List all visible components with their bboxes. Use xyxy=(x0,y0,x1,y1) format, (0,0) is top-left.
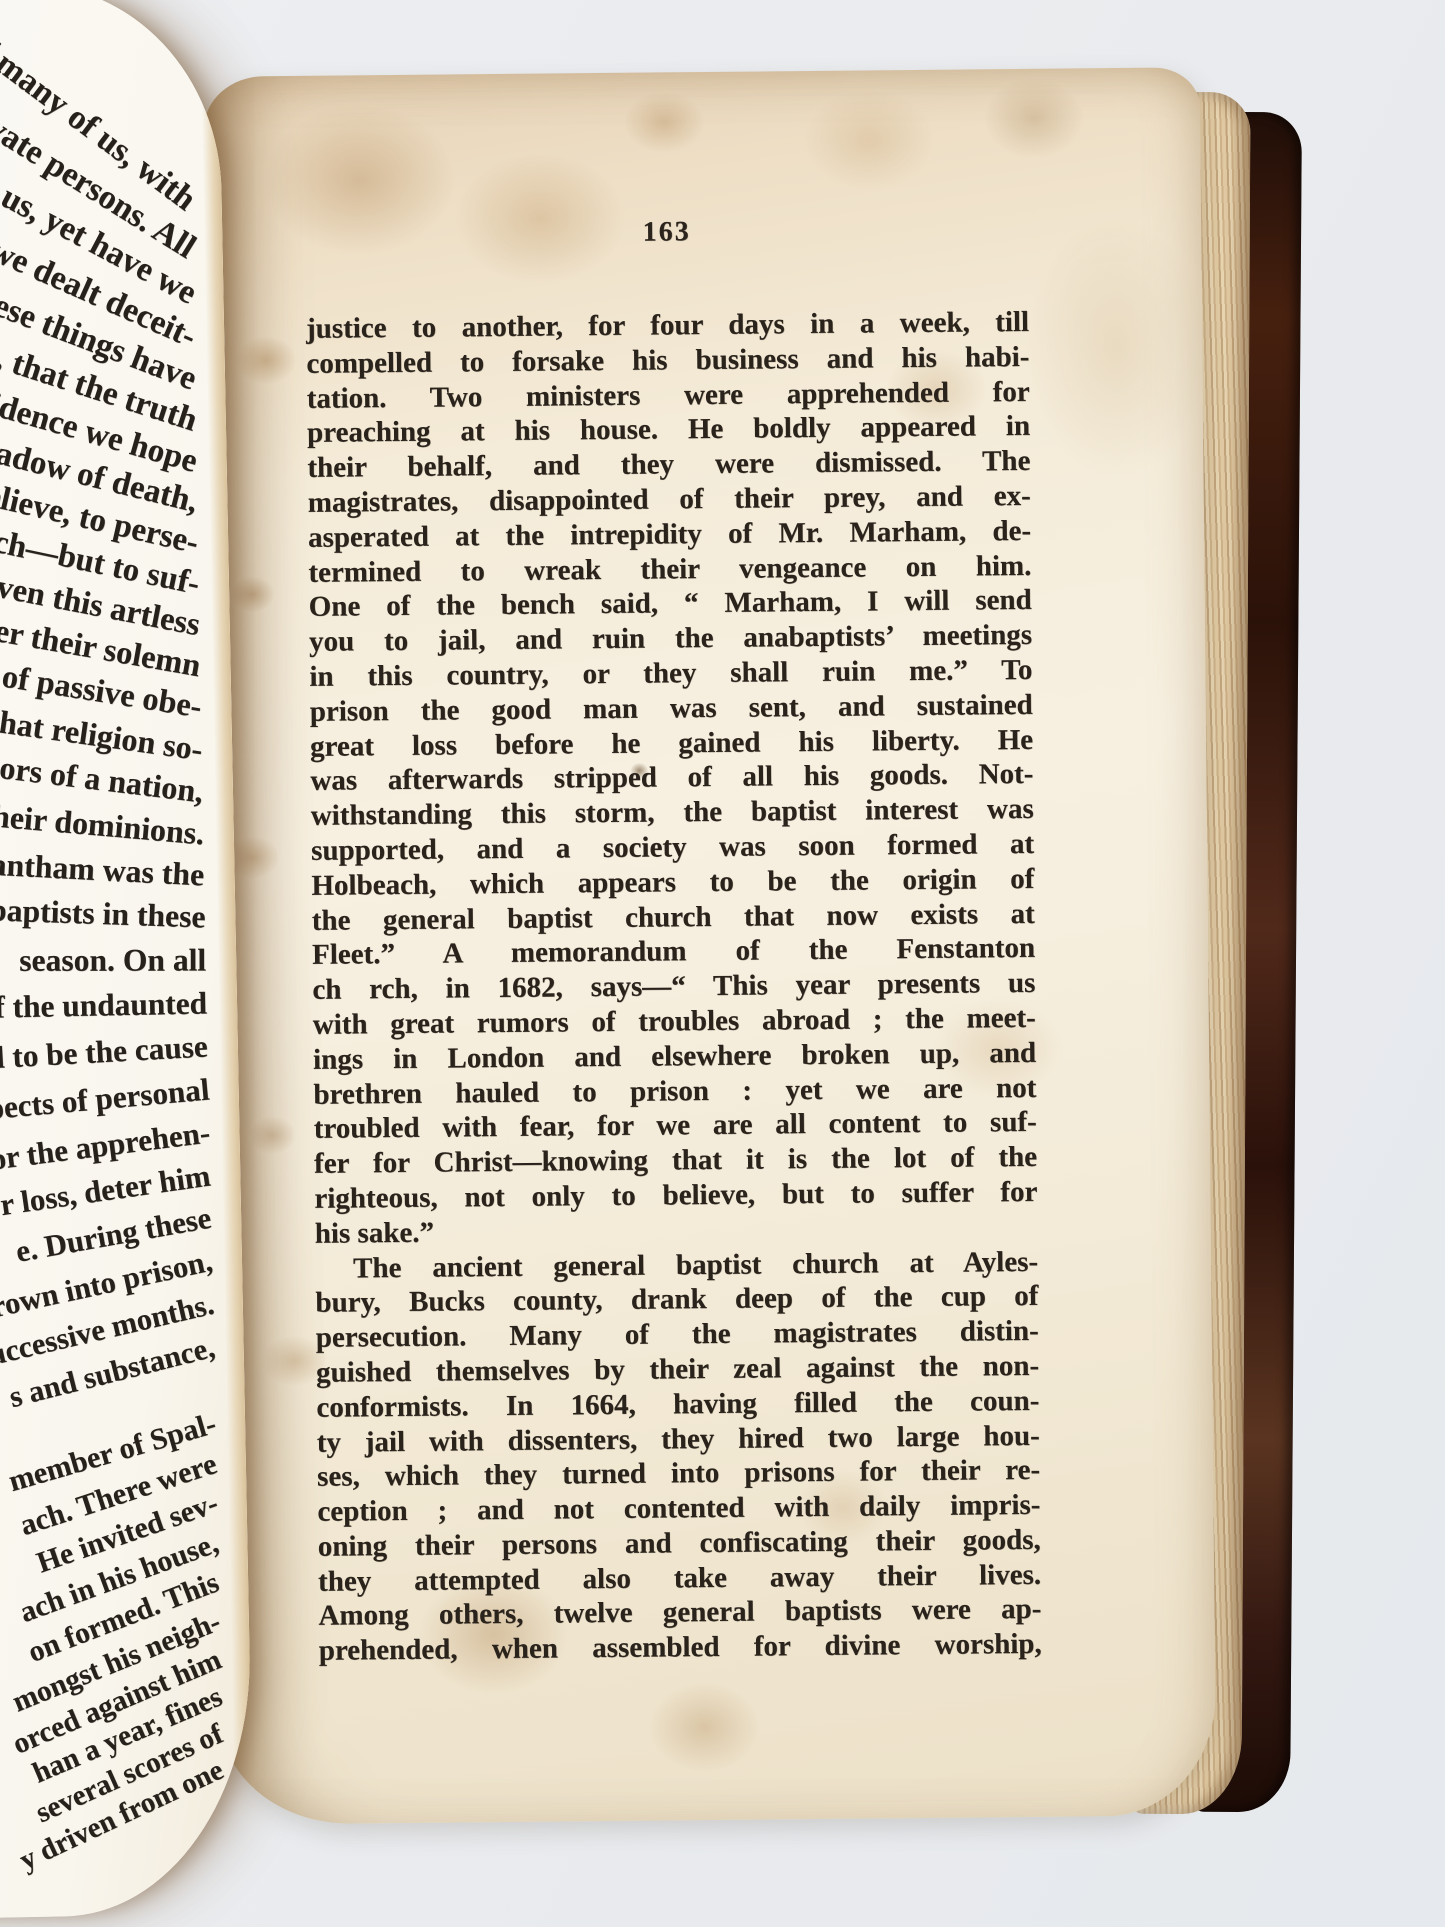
text-line: prehended, when assembled for divine wor… xyxy=(319,1627,1042,1669)
left-page-text-fragment: al baptists in these xyxy=(0,891,206,935)
left-page-text-fragment: Grantham was the xyxy=(0,845,206,894)
book-photo: 163 justice to another, for four days in… xyxy=(0,0,1445,1927)
left-page-text-fragment: season. On all xyxy=(19,943,206,979)
page-number: 163 xyxy=(305,213,1028,252)
left-page: of many of us, withivate persons. Alln u… xyxy=(0,0,255,1919)
left-page-text-fragment: ed to be the cause xyxy=(0,1029,209,1078)
left-page-text-fragment: lf the undaunted xyxy=(0,985,207,1025)
right-page: 163 justice to another, for four days in… xyxy=(204,67,1217,1824)
page-text-block: justice to another, for four days in a w… xyxy=(306,305,1042,1669)
text-line: righteous, not only to believe, but to s… xyxy=(314,1175,1037,1217)
